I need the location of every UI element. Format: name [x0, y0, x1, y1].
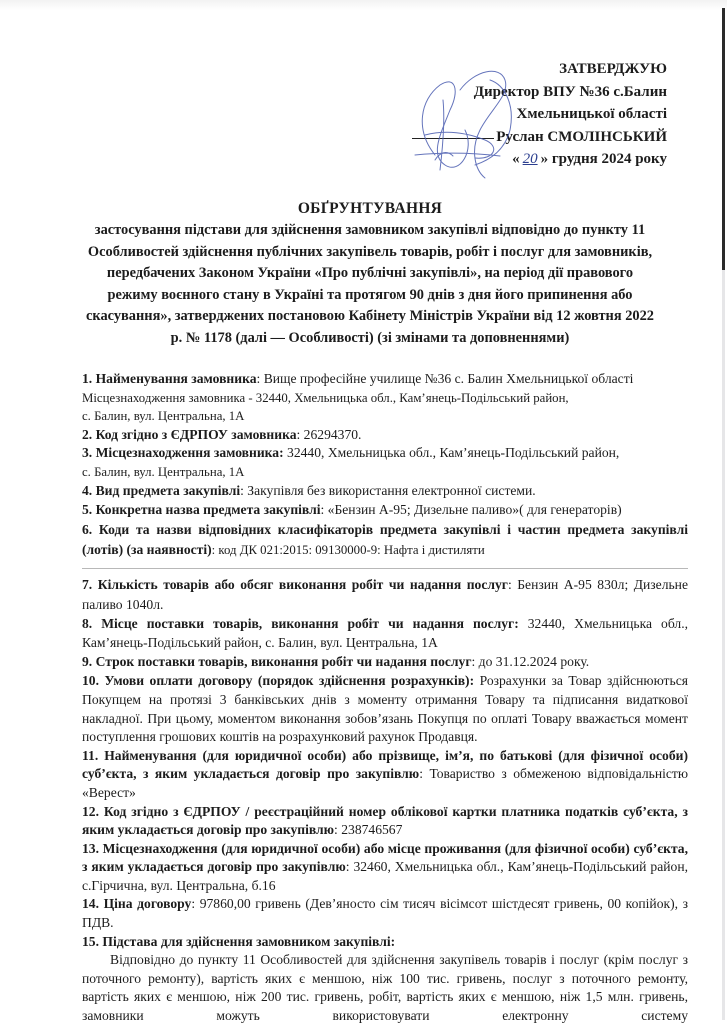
item-label: 10. Умови оплати договору (порядок здійс… [82, 673, 474, 688]
subtitle-line-4: режиму воєнного стану в Україні та протя… [40, 285, 700, 307]
item-label: 7. Кількість товарів або обсяг виконання… [82, 577, 508, 592]
document-title-block: ОБҐРУНТУВАННЯ застосування підстави для … [40, 198, 700, 350]
signature-line [412, 138, 494, 139]
item-procurement-type: 4. Вид предмета закупівлі: Закупівля без… [82, 482, 688, 501]
item-classifier-codes: 6. Коди та назви відповідних класифікато… [82, 520, 688, 560]
date-quote-open: « [512, 151, 520, 167]
item-label: 8. Місце поставки товарів, виконання роб… [82, 616, 519, 631]
item-label: 4. Вид предмета закупівлі [82, 483, 240, 498]
document-title: ОБҐРУНТУВАННЯ [40, 198, 700, 220]
approver-region: Хмельницької області [387, 103, 667, 126]
subtitle-line-6: р. № 1178 (далі — Особливості) (зі зміна… [40, 328, 700, 350]
approver-name-line: Руслан СМОЛІНСЬКИЙ [387, 126, 667, 149]
scan-top-shadow [0, 0, 727, 10]
subtitle-line-1: застосування підстави для здійснення зам… [40, 220, 700, 242]
item-extra-line: с. Балин, вул. Центральна, 1А [82, 409, 244, 423]
item-value: : код ДК 021:2015: 09130000-9: Нафта і д… [212, 543, 485, 557]
approval-block: ЗАТВЕРДЖУЮ Директор ВПУ №36 с.Балин Хмел… [387, 58, 667, 171]
item-label: 14. Ціна договору [82, 896, 191, 911]
item-value: 32440, Хмельницька обл., Кам’янець-Поділ… [284, 445, 620, 460]
item-label: 5. Конкретна назва предмета закупівлі [82, 502, 321, 517]
approval-heading: ЗАТВЕРДЖУЮ [387, 58, 667, 81]
item-value: : Закупівля без використання електронної… [240, 483, 536, 498]
item-label: 15. Підстава для здійснення замовником з… [82, 934, 395, 949]
item-extra-line: с. Балин, вул. Центральна, 1А [82, 465, 244, 479]
item-contractor-name: 11. Найменування (для юридичної особи) а… [82, 747, 688, 803]
item-extra-line: Місцезнаходження замовника - 32440, Хмел… [82, 391, 569, 405]
item-value: : 238746567 [334, 822, 402, 837]
basis-paragraph: Відповідно до пункту 11 Особливостей для… [82, 951, 688, 1024]
item-customer-location: 3. Місцезнаходження замовника: 32440, Хм… [82, 444, 688, 481]
item-procurement-name: 5. Конкретна назва предмета закупівлі: «… [82, 500, 688, 520]
item-quantity: 7. Кількість товарів або обсяг виконання… [82, 575, 688, 615]
item-value: : до 31.12.2024 року. [472, 654, 590, 669]
approver-position: Директор ВПУ №36 с.Балин [387, 81, 667, 104]
scan-page-edge-faint [722, 270, 725, 1020]
item-customer-name: 1. Найменування замовника: Вище професій… [82, 370, 688, 426]
item-value: : «Бензин А-95; Дизельне паливо»( для ге… [321, 502, 622, 517]
document-body: 1. Найменування замовника: Вище професій… [82, 370, 688, 1024]
scan-page-edge [722, 8, 725, 270]
subtitle-line-3: передбачених Законом України «Про публіч… [40, 263, 700, 285]
item-label: 2. Код згідно з ЄДРПОУ замовника [82, 427, 297, 442]
date-day: 20 [520, 151, 541, 167]
item-label: 9. Строк поставки товарів, виконання роб… [82, 654, 472, 669]
item-value: : 26294370. [297, 427, 362, 442]
item-value: : Вище професійне училище №36 с. Балин Х… [257, 371, 634, 386]
item-payment-terms: 10. Умови оплати договору (порядок здійс… [82, 672, 688, 746]
item-customer-edrpou: 2. Код згідно з ЄДРПОУ замовника: 262943… [82, 426, 688, 445]
item-delivery-deadline: 9. Строк поставки товарів, виконання роб… [82, 652, 688, 672]
date-rest: » грудня 2024 року [541, 151, 667, 167]
approval-date: «20» грудня 2024 року [387, 148, 667, 171]
subtitle-line-5: скасування», затверджених постановою Каб… [40, 306, 700, 328]
item-contract-price: 14. Ціна договору: 97860,00 гривень (Дев… [82, 895, 688, 932]
item-procurement-basis: 15. Підстава для здійснення замовником з… [82, 933, 688, 952]
section-divider [82, 568, 688, 569]
item-label: 3. Місцезнаходження замовника: [82, 445, 284, 460]
subtitle-line-2: Особливостей здійснення публічних закупі… [40, 242, 700, 264]
item-label: 1. Найменування замовника [82, 371, 257, 386]
item-contractor-location: 13. Місцезнаходження (для юридичної особ… [82, 840, 688, 896]
item-delivery-place: 8. Місце поставки товарів, виконання роб… [82, 615, 688, 652]
approver-name: Руслан СМОЛІНСЬКИЙ [496, 129, 667, 145]
item-contractor-edrpou: 12. Код згідно з ЄДРПОУ / реєстраційний … [82, 803, 688, 840]
